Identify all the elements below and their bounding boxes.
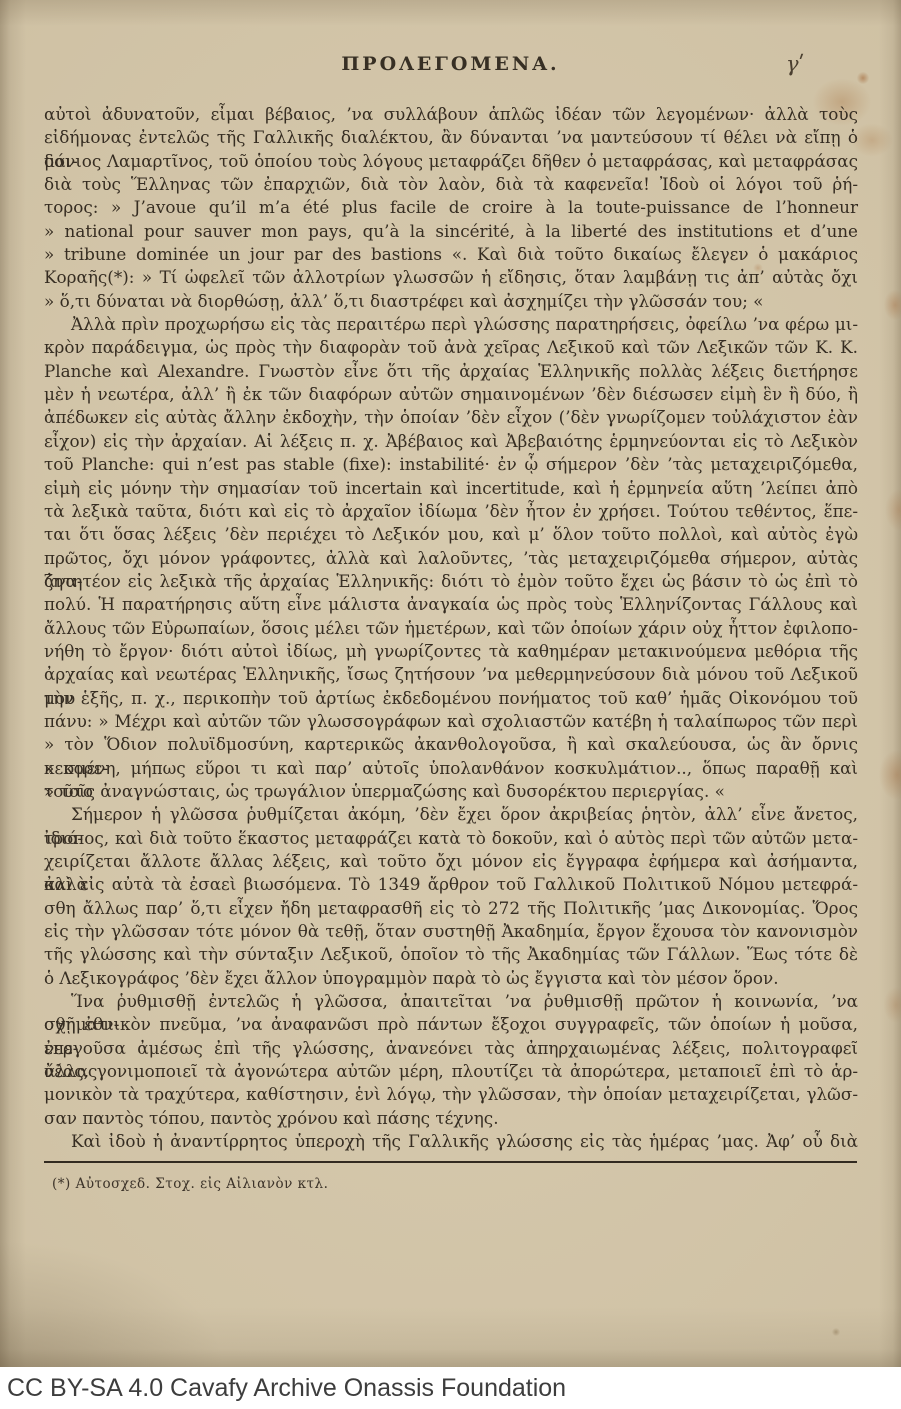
- text-line: » ὅ,τι δύναται νὰ διορθώσῃ, ἀλλ’ ὅ,τι δι…: [44, 290, 858, 313]
- text-line: τῆς γλώσσης καὶ τὴν σύνταξιν Λεξικοῦ, ὁπ…: [44, 943, 858, 966]
- text-line: πολύ. Ἡ παρατήρησις αὕτη εἶνε μάλιστα ἀν…: [44, 593, 858, 616]
- text-line: πρῶτος, ὄχι μόνον γράφοντες, ἀλλὰ καὶ λα…: [44, 547, 858, 570]
- text-line: μόνιος Λαμαρτῖνος, τοῦ ὁποίου τοὺς λόγου…: [44, 150, 858, 173]
- text-line: σθη ἄλλως παρ’ ὅ,τι εἶχεν ἤδη μεταφρασθῆ…: [44, 897, 858, 920]
- page-title: ΠΡΟΛΕΓΟΜΕΝΑ.: [0, 53, 901, 75]
- footnote-text: (*) Αὐτοσχεδ. Στοχ. εἰς Αἰλιανὸν κτλ.: [52, 1176, 752, 1192]
- text-line: κρὸν παράδειγμα, ὡς πρὸς τὴν διαφορὰν το…: [44, 336, 858, 359]
- text-line: καὶ εἰς αὐτὰ τὰ ἐσαεὶ βιωσόμενα. Τὸ 1349…: [44, 873, 858, 896]
- page-number: γʹ: [786, 52, 804, 76]
- text-line: ται ὅτι ὅσας λέξεις ’δὲν περιέχει τὸ Λεξ…: [44, 523, 858, 546]
- text-line: ἄλλους τῶν Εὐρωπαίων, ὅσοις μέλει τῶν ἡμ…: [44, 617, 858, 640]
- text-line: μονικὸν τὰ τραχύτερα, καθίστησιν, ἑνὶ λό…: [44, 1083, 858, 1106]
- body-text: αὐτοὶ ἀδυνατοῦν, εἶμαι βέβαιος, ’να συλλ…: [44, 103, 858, 1153]
- text-line: Καὶ ἰδοὺ ἡ ἀναντίρρητος ὑπεροχὴ τῆς Γαλλ…: [44, 1130, 858, 1153]
- text-line: χειρίζεται ἄλλοτε ἄλλας λέξεις, καὶ τοῦτ…: [44, 850, 858, 873]
- text-line: » τὸν Ὅδιον πολυϊδμοσύνη, καρτερικῶς ἀκα…: [44, 733, 858, 756]
- text-line: τοῦ Planche: qui n’est pas stable (fixe)…: [44, 453, 858, 476]
- text-line: ἀρχαίας καὶ νεωτέρας Ἑλληνικῆς, ἴσως ζητ…: [44, 663, 858, 686]
- text-line: τὰ λεξικὰ ταῦτα, διότι καὶ εἰς τὸ ἀρχαῖο…: [44, 500, 858, 523]
- text-line: σθῇ ἐθνικὸν πνεῦμα, ’να ἀναφανῶσι πρὸ πά…: [44, 1013, 858, 1036]
- text-line: εἰδήμονας ἐντελῶς τῆς Γαλλικῆς διαλέκτου…: [44, 126, 858, 149]
- text-line: Planche καὶ Alexandre. Γνωστὸν εἶνε ὅτι …: [44, 360, 858, 383]
- text-line: Ἵνα ῥυθμισθῇ ἐντελῶς ἡ γλῶσσα, ἀπαιτεῖτα…: [44, 990, 858, 1013]
- text-line: ζητητέον εἰς λεξικὰ τῆς ἀρχαίας Ἑλληνικῆ…: [44, 570, 858, 593]
- text-line: σαν παντὸς τόπου, παντὸς χρόνου καὶ πάση…: [44, 1107, 858, 1130]
- text-line: ἀπέδωκεν εἰς αὐτὰς ἄλλην ἐκδοχὴν, τὴν ὁπ…: [44, 406, 858, 429]
- text-line: αὐτοὶ ἀδυνατοῦν, εἶμαι βέβαιος, ’να συλλ…: [44, 103, 858, 126]
- text-line: Σήμερον ἡ γλῶσσα ῥυθμίζεται ἀκόμη, ’δὲν …: [44, 803, 858, 826]
- text-line: εἰμὴ εἰς μόνην τὴν σημασίαν τοῦ incertai…: [44, 477, 858, 500]
- text-line: μὲν ἡ νεωτέρα, ἀλλ’ ἢ ἐκ τῶν διαφόρων αὐ…: [44, 383, 858, 406]
- text-line: » tribune dominée un jour par des bastio…: [44, 243, 858, 266]
- text-line: νέας, γονιμοποιεῖ τὰ ἀγονώτερα αὐτῶν μέρ…: [44, 1060, 858, 1083]
- text-line: τορος: » J’avoue qu’il m’a été plus faci…: [44, 196, 858, 219]
- footnote-divider: [44, 1161, 857, 1163]
- text-line: Κοραῆς(*): » Τί ὠφελεῖ τῶν ἀλλοτρίων γλω…: [44, 266, 858, 289]
- license-strip: CC BY-SA 4.0 Cavafy Archive Onassis Foun…: [0, 1367, 901, 1409]
- text-line: ὁ Λεξικογράφος ’δὲν ἔχει ἄλλον ὑπογραμμὸ…: [44, 967, 858, 990]
- license-caption: CC BY-SA 4.0 Cavafy Archive Onassis Foun…: [0, 1374, 566, 1403]
- text-line: διὰ τοὺς Ἕλληνας τῶν ἐπαρχιῶν, διὰ τὸν λ…: [44, 173, 858, 196]
- text-line: εἰς τὴν γλῶσσαν τότε μόνον θὰ τεθῇ, ὅταν…: [44, 920, 858, 943]
- text-line: » τοῖς ἀναγνώσταις, ὡς τρωγάλιον ὑπερμαζ…: [44, 780, 858, 803]
- text-line: » national pour sauver mon pays, qu’à la…: [44, 220, 858, 243]
- text-line: τροπος, καὶ διὰ τοῦτο ἕκαστος μεταφράζει…: [44, 827, 858, 850]
- text-line: » σμένη, μήπως εὕροι τι καὶ παρ’ αὐτοῖς …: [44, 757, 858, 780]
- text-line: νεργοῦσα ἀμέσως ἐπὶ τῆς γλώσσης, ἀνανεόν…: [44, 1037, 858, 1060]
- scanned-book-page: ΠΡΟΛΕΓΟΜΕΝΑ. γʹ αὐτοὶ ἀδυνατοῦν, εἶμαι β…: [0, 0, 901, 1409]
- text-line: Ἀλλὰ πρὶν προχωρήσω εἰς τὰς περαιτέρω πε…: [44, 313, 858, 336]
- text-line: εἶχον) εἰς τὴν ἀρχαίαν. Αἱ λέξεις π. χ. …: [44, 430, 858, 453]
- text-line: πάνυ: » Μέχρι καὶ αὐτῶν τῶν γλωσσογράφων…: [44, 710, 858, 733]
- paper-background: ΠΡΟΛΕΓΟΜΕΝΑ. γʹ αὐτοὶ ἀδυνατοῦν, εἶμαι β…: [0, 0, 901, 1367]
- text-line: νήθη τὸ ἔργον· διότι αὐτοὶ ἰδίως, μὴ γνω…: [44, 640, 858, 663]
- text-line: τὴν ἑξῆς, π. χ., περικοπὴν τοῦ ἀρτίως ἐκ…: [44, 687, 858, 710]
